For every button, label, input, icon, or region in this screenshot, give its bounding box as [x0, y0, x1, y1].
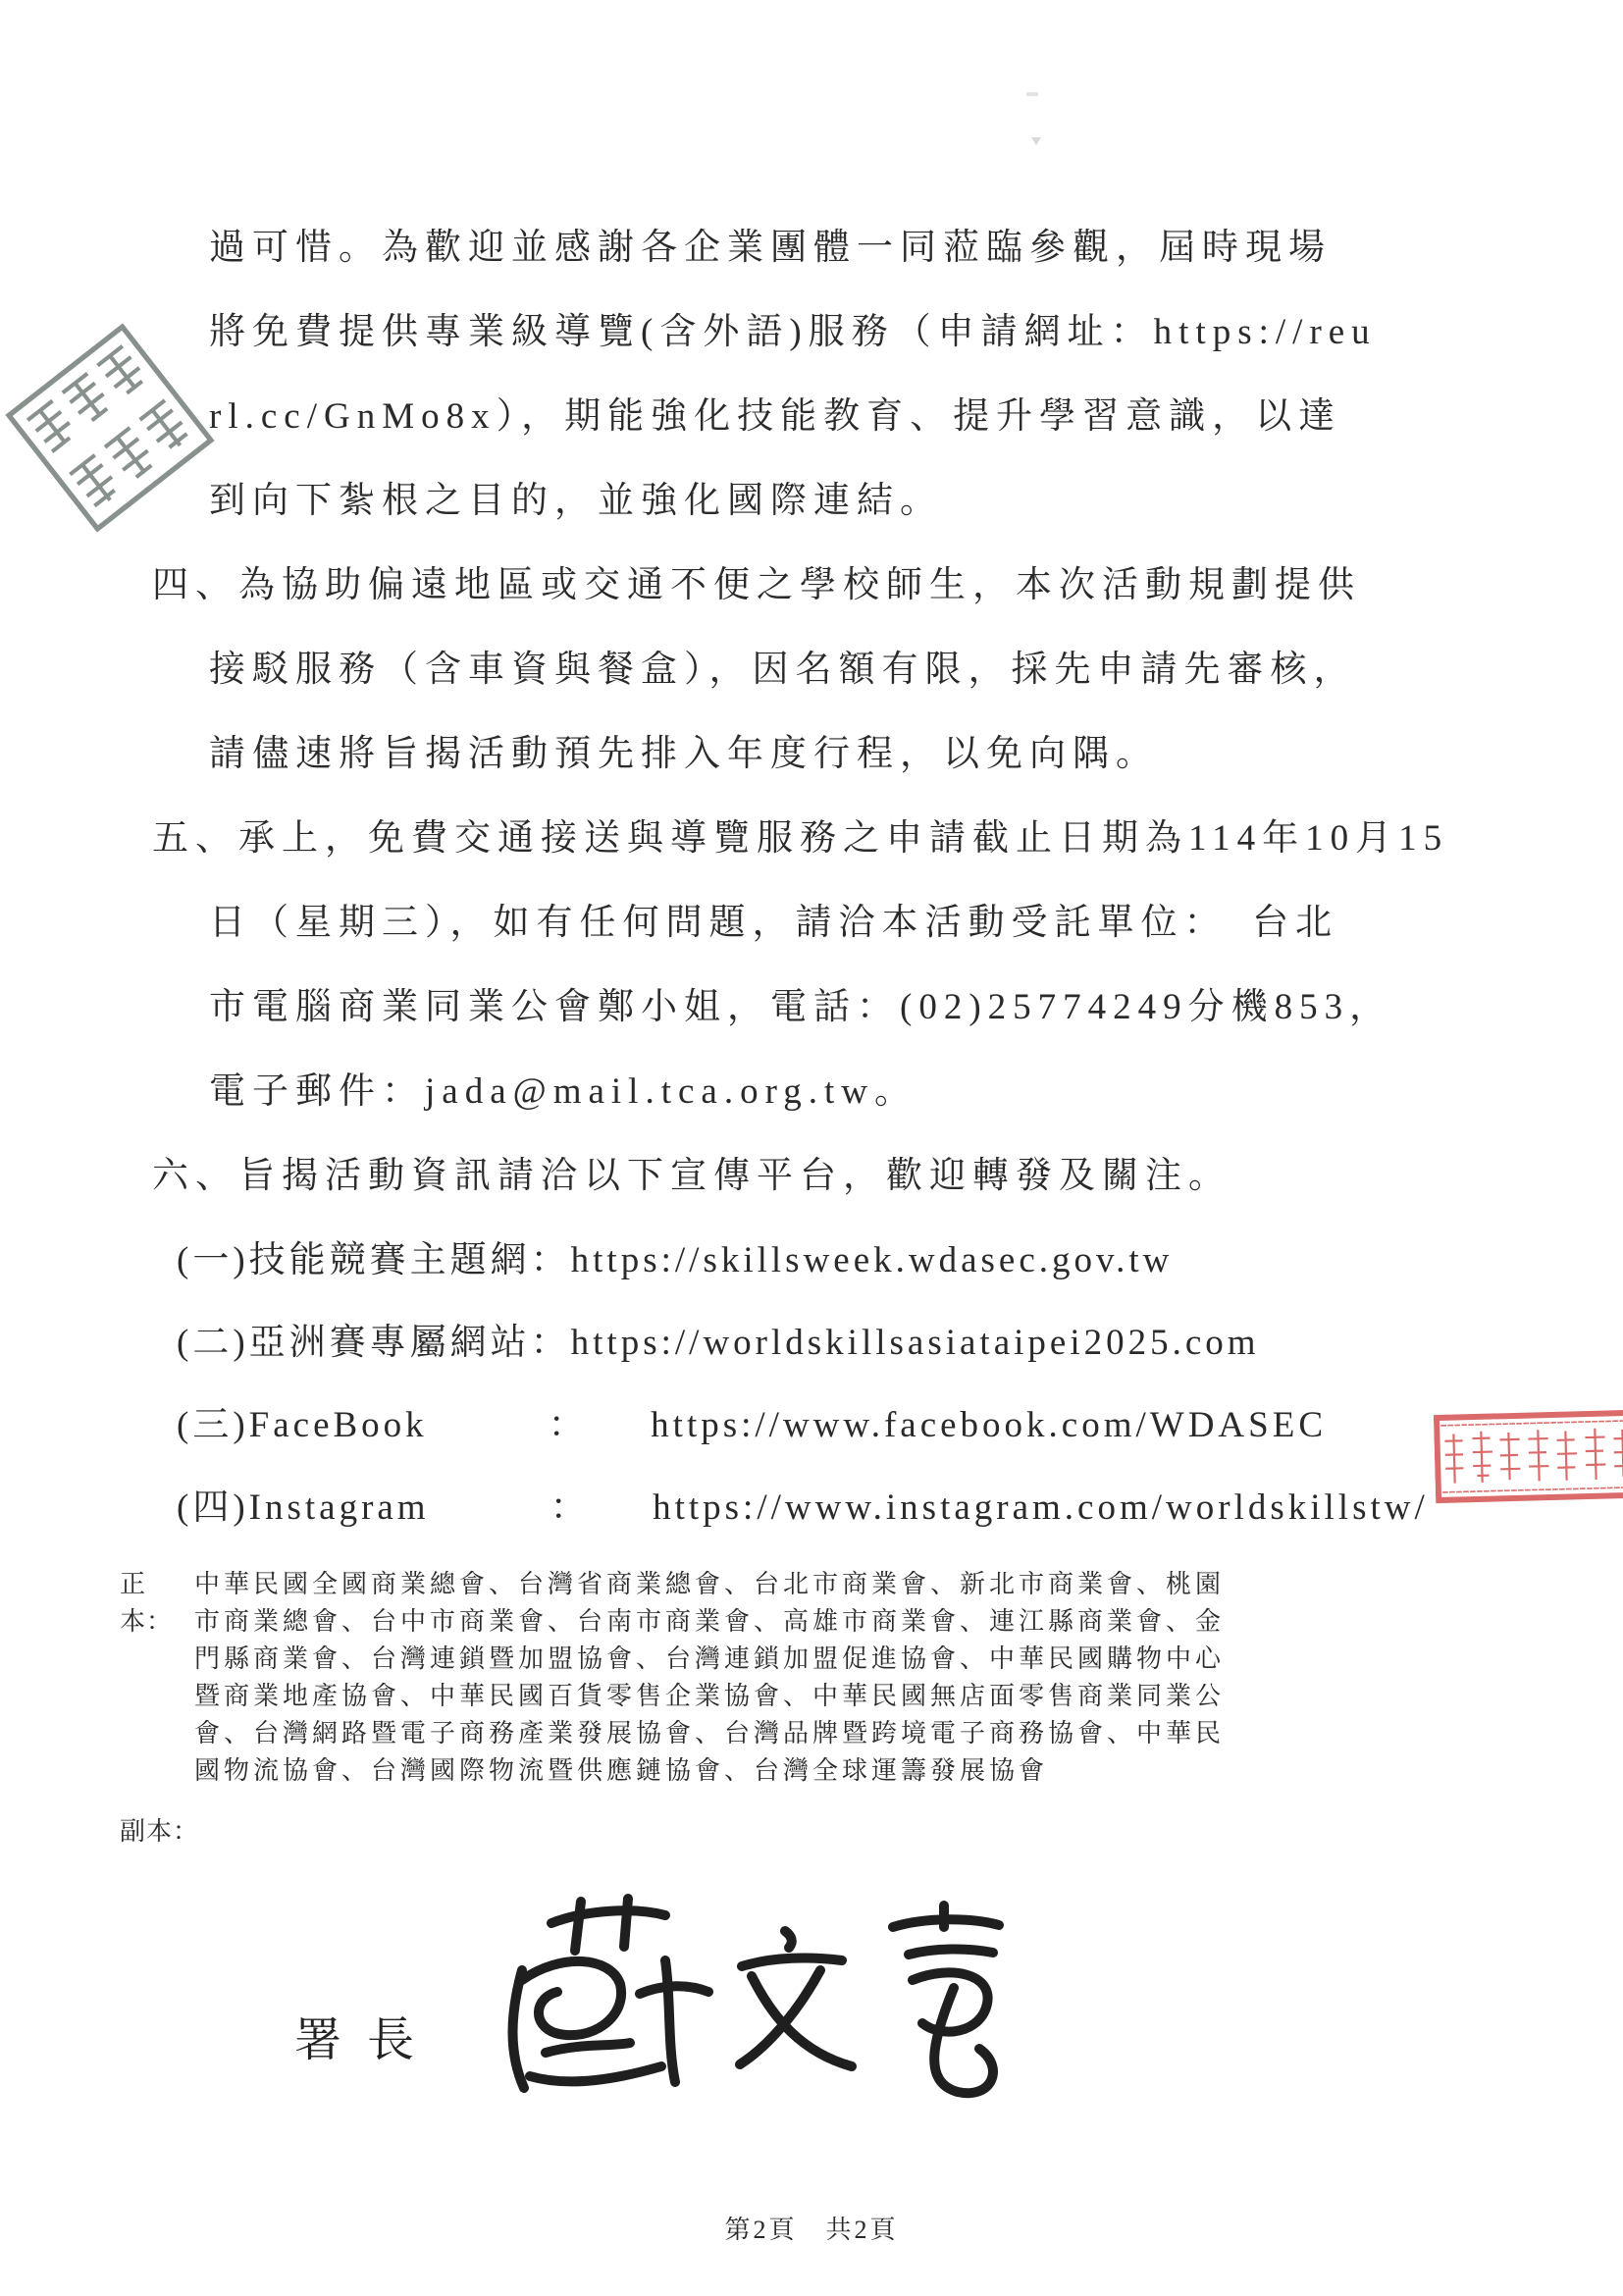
recipients-line: 門縣商業會、台灣連鎖暨加盟協會、台灣連鎖加盟促進協會、中華民國購物中心 — [194, 1641, 1533, 1678]
body-line: 過可惜。為歡迎並感謝各企業團體一同蒞臨參觀，屆時現場 — [0, 218, 1623, 302]
platform-link-facebook: (三)FaceBook ： https://www.facebook.com/W… — [0, 1395, 1623, 1478]
body-line: 接駁服務（含車資與餐盒），因名額有限，採先申請先審核， — [0, 640, 1623, 724]
body-line: 請儘速將旨揭活動預先排入年度行程，以免向隅。 — [0, 724, 1623, 809]
body-line: 市電腦商業同業公會鄭小姐，電話：(02)25774249分機853， — [0, 977, 1623, 1062]
handwritten-signature-icon — [461, 1894, 1011, 2119]
body-line-item-4: 四、為協助偏遠地區或交通不便之學校師生，本次活動規劃提供 — [0, 555, 1623, 640]
cc-label: 副本： — [120, 1811, 199, 1848]
body-line: rl.cc/GnMo8x），期能強化技能教育、提升學習意識，以達 — [0, 387, 1623, 471]
body-line: 到向下紮根之目的，並強化國際連結。 — [0, 471, 1623, 555]
body-line: 電子郵件：jada@mail.tca.org.tw。 — [0, 1062, 1623, 1146]
director-general-signature — [461, 1894, 1011, 2124]
body-line: 將免費提供專業級導覽(含外語)服務（申請網址：https://reu — [0, 302, 1623, 387]
letter-body: 過可惜。為歡迎並感謝各企業團體一同蒞臨參觀，屆時現場 將免費提供專業級導覽(含外… — [0, 218, 1623, 1560]
body-line-item-5: 五、承上，免費交通接送與導覽服務之申請截止日期為114年10月15 — [0, 809, 1623, 893]
platform-link-instagram: (四)Instagram ： https://www.instagram.com… — [0, 1478, 1623, 1560]
recipients-line: 國物流協會、台灣國際物流暨供應鏈協會、台灣全球運籌發展協會 — [194, 1752, 1533, 1790]
platform-link-asia-site: (二)亞洲賽專屬網站：https://worldskillsasiataipei… — [0, 1313, 1623, 1395]
recipients-list: 中華民國全國商業總會、台灣省商業總會、台北市商業會、新北市商業會、桃園 市商業總… — [194, 1566, 1533, 1790]
body-line: 日（星期三），如有任何問題，請洽本活動受託單位： 台北 — [0, 893, 1623, 977]
platform-link-skillsweek: (一)技能競賽主題網：https://skillsweek.wdasec.gov… — [0, 1230, 1623, 1313]
recipients-line: 暨商業地產協會、中華民國百貨零售企業協會、中華民國無店面零售商業同業公 — [194, 1678, 1533, 1715]
page-number: 第2頁 共2頁 — [0, 2210, 1623, 2246]
recipients-label: 正本： — [120, 1566, 194, 1790]
recipients-line: 中華民國全國商業總會、台灣省商業總會、台北市商業會、新北市商業會、桃園 — [194, 1566, 1533, 1603]
recipients-section: 正本： 中華民國全國商業總會、台灣省商業總會、台北市商業會、新北市商業會、桃園 … — [120, 1566, 1533, 1790]
body-line-item-6: 六、旨揭活動資訊請洽以下宣傳平台，歡迎轉發及關注。 — [0, 1146, 1623, 1230]
recipients-line: 市商業總會、台中市商業會、台南市商業會、高雄市商業會、連江縣商業會、金 — [194, 1603, 1533, 1641]
scan-artifact — [1031, 137, 1041, 145]
signer-title: 署長 — [294, 2002, 440, 2069]
recipients-line: 會、台灣網路暨電子商務產業發展協會、台灣品牌暨跨境電子商務協會、中華民 — [194, 1715, 1533, 1752]
scanned-letter-page: 過可惜。為歡迎並感謝各企業團體一同蒞臨參觀，屆時現場 將免費提供專業級導覽(含外… — [0, 0, 1623, 2296]
scan-artifact — [1026, 92, 1038, 96]
